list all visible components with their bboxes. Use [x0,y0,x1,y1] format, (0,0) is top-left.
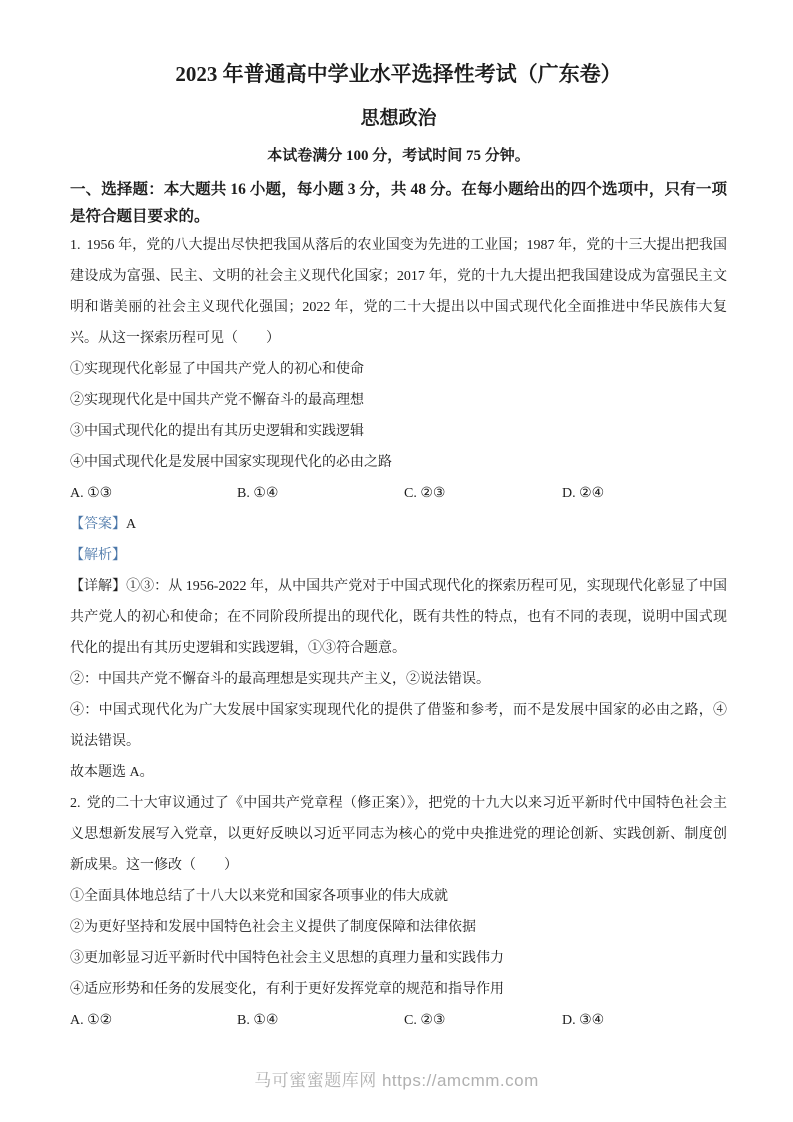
question-2-stem: 2.党的二十大审议通过了《中国共产党章程（修正案）》，把党的十九大以来习近平新时… [70,788,727,881]
question-2-choices: A. ①② B. ①④ C. ②③ D. ③④ [70,1005,727,1036]
question-1-stem: 1.1956 年，党的八大提出尽快把我国从落后的农业国变为先进的工业国；1987… [70,230,727,354]
question-2-choice-d: D. ③④ [562,1005,604,1036]
question-1-choices: A. ①③ B. ①④ C. ②③ D. ②④ [70,478,727,509]
question-2-statement-3: ③更加彰显习近平新时代中国特色社会主义思想的真理力量和实践伟力 [70,943,727,974]
question-1: 1.1956 年，党的八大提出尽快把我国从落后的农业国变为先进的工业国；1987… [70,230,727,788]
question-1-statement-3: ③中国式现代化的提出有其历史逻辑和实践逻辑 [70,416,727,447]
answer-label: 【答案】 [70,517,126,532]
site-watermark: 马可蜜蜜题库网 https://amcmm.com [0,1066,793,1091]
answer-value: A [126,517,136,532]
question-2-statement-4: ④适应形势和任务的发展变化，有利于更好发挥党章的规范和指导作用 [70,974,727,1005]
detail-label: 【详解】 [70,579,126,594]
question-1-stem-text: 1956 年，党的八大提出尽快把我国从落后的农业国变为先进的工业国；1987 年… [70,238,727,346]
question-2-choice-c: C. ②③ [404,1005,562,1036]
exam-info-line: 本试卷满分 100 分，考试时间 75 分钟。 [70,144,727,168]
question-1-detail-3: ④：中国式现代化为广大发展中国家实现现代化的提供了借鉴和参考，而不是发展中国家的… [70,695,727,757]
question-2-number: 2. [70,796,81,811]
question-1-statement-1: ①实现现代化彰显了中国共产党人的初心和使命 [70,354,727,385]
question-1-statement-4: ④中国式现代化是发展中国家实现现代化的必由之路 [70,447,727,478]
question-1-statement-2: ②实现现代化是中国共产党不懈奋斗的最高理想 [70,385,727,416]
question-2-statement-2: ②为更好坚持和发展中国特色社会主义提供了制度保障和法律依据 [70,912,727,943]
question-1-choice-b: B. ①④ [237,478,404,509]
exam-paper-page: 2023 年普通高中学业水平选择性考试（广东卷） 思想政治 本试卷满分 100 … [0,0,793,1036]
question-2: 2.党的二十大审议通过了《中国共产党章程（修正案）》，把党的十九大以来习近平新时… [70,788,727,1036]
question-1-choice-a: A. ①③ [70,478,237,509]
question-1-choice-c: C. ②③ [404,478,562,509]
question-1-answer-line: 【答案】A [70,509,727,540]
question-2-choice-a: A. ①② [70,1005,237,1036]
question-1-choice-d: D. ②④ [562,478,604,509]
question-1-detail-1: 【详解】①③：从 1956-2022 年，从中国共产党对于中国式现代化的探索历程… [70,571,727,664]
section-heading: 一、选择题：本大题共 16 小题，每小题 3 分，共 48 分。在每小题给出的四… [70,176,727,230]
question-1-number: 1. [70,238,81,253]
question-1-detail-4: 故本题选 A。 [70,757,727,788]
detail-text-1: ①③：从 1956-2022 年，从中国共产党对于中国式现代化的探索历程可见，实… [70,579,727,656]
analysis-label: 【解析】 [70,540,727,571]
paper-title: 2023 年普通高中学业水平选择性考试（广东卷） [70,58,727,90]
question-1-detail-2: ②：中国共产党不懈奋斗的最高理想是实现共产主义，②说法错误。 [70,664,727,695]
paper-subject: 思想政治 [70,106,727,132]
question-2-statement-1: ①全面具体地总结了十八大以来党和国家各项事业的伟大成就 [70,881,727,912]
question-2-stem-text: 党的二十大审议通过了《中国共产党章程（修正案）》，把党的十九大以来习近平新时代中… [70,796,727,873]
question-2-choice-b: B. ①④ [237,1005,404,1036]
